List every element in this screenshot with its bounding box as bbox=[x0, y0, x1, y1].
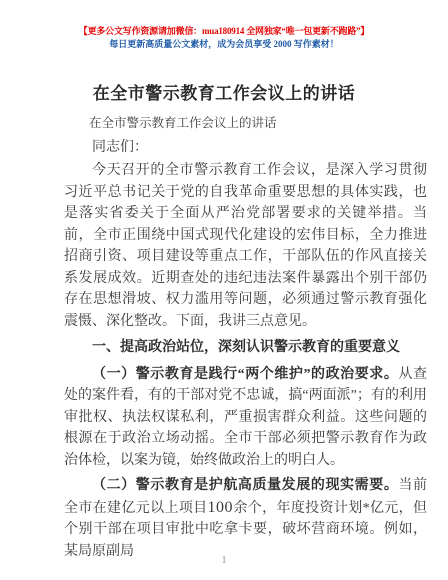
page-number: 1 bbox=[0, 554, 448, 566]
paragraph-point-1: （一）警示教育是践行“两个维护”的政治要求。从查处的案件看，有的干部对党不忠诚，… bbox=[64, 364, 427, 472]
watermark-blue-line: 每日更新高质量公文素材，成为会员享受 2000 写作素材！ bbox=[0, 38, 448, 51]
document-body: 在全市警示教育工作会议上的讲话 同志们： 今天召开的全市警示教育工作会议，是深入… bbox=[0, 105, 448, 562]
point-1-lead: （一）警示教育是践行“两个维护”的政治要求。 bbox=[92, 367, 398, 382]
intro-paragraph: 今天召开的全市警示教育工作会议，是深入学习贯彻习近平总书记关于党的自我革命重要思… bbox=[64, 160, 427, 332]
document-page: 【更多公文写作资源请加微信：mua180914 全网独家“唯一包更新不跑路”】 … bbox=[0, 0, 448, 580]
document-subtitle: 在全市警示教育工作会议上的讲话 bbox=[64, 113, 427, 135]
point-2-number: 100 bbox=[208, 499, 234, 516]
watermark-red-line: 【更多公文写作资源请加微信：mua180914 全网独家“唯一包更新不跑路”】 bbox=[0, 25, 448, 38]
document-title: 在全市警示教育工作会议上的讲话 bbox=[30, 83, 418, 105]
salutation: 同志们： bbox=[64, 137, 427, 159]
paragraph-point-2: （二）警示教育是护航高质量发展的现实需要。当前全市在建亿元以上项目100余个，年… bbox=[64, 475, 427, 562]
section-heading-1: 一、提高政治站位，深刻认识警示教育的重要意义 bbox=[64, 337, 427, 359]
watermark-header: 【更多公文写作资源请加微信：mua180914 全网独家“唯一包更新不跑路”】 … bbox=[0, 0, 448, 51]
point-2-lead: （二）警示教育是护航高质量发展的现实需要。 bbox=[92, 478, 398, 493]
